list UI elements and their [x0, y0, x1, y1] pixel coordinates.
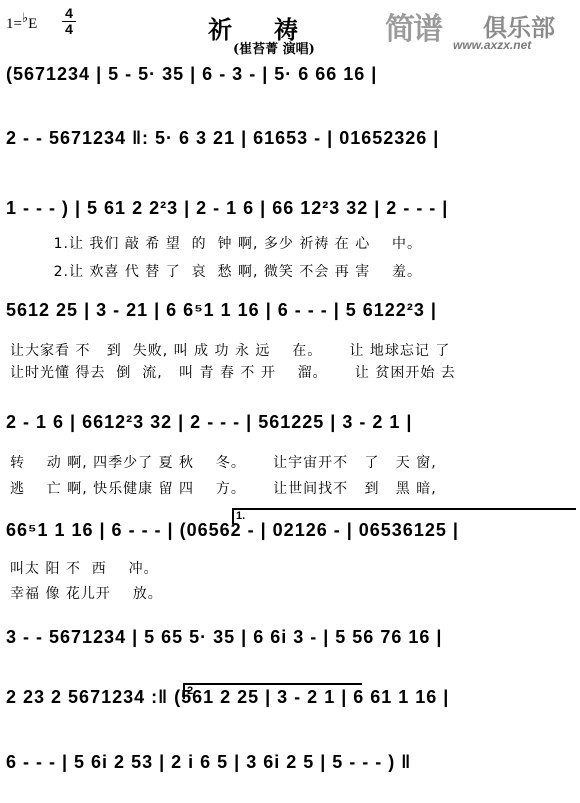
watermark-logo: 简谱 俱乐部 www.axzx.net	[385, 4, 441, 48]
score-line: 5612 25 | 3 - 21 | 6 6⁵1 1 16 | 6 - - - …	[6, 300, 576, 330]
notation: 6 - - - | 5 6i 2 53 | 2 i 6 5 | 3 6i 2 5…	[6, 752, 411, 773]
time-signature: 4 4	[62, 6, 76, 37]
key-note: E	[28, 16, 37, 32]
notation: 2 - 1 6 | 6612²3 32 | 2 - - - | 561225 |…	[6, 412, 412, 433]
watermark-big: 简谱	[385, 12, 441, 47]
score-line: 6 - - - | 5 6i 2 53 | 2 i 6 5 | 3 6i 2 5…	[6, 752, 576, 782]
lyric-line: 让时光懂 得去 倒 流, 叫 青 春 不 开 溜。 让 贫困开始 去	[10, 362, 456, 382]
notation: 2 - - 5671234 ‖: 5· 6 3 21 | 61653 - | 0…	[6, 128, 439, 149]
notation: 5612 25 | 3 - 21 | 6 6⁵1 1 16 | 6 - - - …	[6, 300, 437, 321]
notation: 3 - - 5671234 | 5 65 5· 35 | 6 6i 3 - | …	[6, 627, 442, 648]
key-signature: 1=♭E	[6, 10, 37, 33]
volta-bracket: 2.	[183, 683, 362, 699]
score-line: 3 - - 5671234 | 5 65 5· 35 | 6 6i 3 - | …	[6, 627, 576, 657]
score-line: 66⁵1 1 16 | 6 - - - | (06562 - | 02126 -…	[6, 520, 576, 550]
time-top: 4	[62, 6, 76, 21]
performer: (崔苔菁 演唱)	[233, 38, 315, 57]
lyric-line: 2.让 欢喜 代 替 了 哀 愁 啊, 微笑 不会 再 害 羞。	[10, 261, 422, 281]
key-prefix: 1=	[6, 16, 22, 32]
lyric-line: 1.让 我们 敲 希 望 的 钟 啊, 多少 祈祷 在 心 中。	[10, 233, 422, 253]
notation: 1 - - - ) | 5 61 2 2²3 | 2 - 1 6 | 66 12…	[6, 198, 448, 219]
lyric-line: 叫太 阳 不 西 冲。	[10, 558, 159, 578]
score-line: 2 - 1 6 | 6612²3 32 | 2 - - - | 561225 |…	[6, 412, 576, 442]
score-line: 1 - - - ) | 5 61 2 2²3 | 2 - 1 6 | 66 12…	[6, 198, 576, 228]
volta-bracket: 1.	[232, 508, 576, 524]
lyric-line: 幸福 像 花儿开 放。	[10, 583, 163, 603]
watermark-url: www.axzx.net	[453, 38, 531, 52]
score-line: 2 - - 5671234 ‖: 5· 6 3 21 | 61653 - | 0…	[6, 128, 576, 158]
notation: (5671234 | 5 - 5· 35 | 6 - 3 - | 5· 6 66…	[6, 64, 377, 85]
lyric-line: 逃 亡 啊, 快乐健康 留 四 方。 让世间找不 到 黑 暗,	[10, 478, 437, 498]
lyric-line: 让大家看 不 到 失败, 叫 成 功 永 远 在。 让 地球忘记 了	[10, 340, 450, 360]
time-bottom: 4	[62, 21, 76, 37]
lyric-line: 转 动 啊, 四季少了 夏 秋 冬。 让宇宙开不 了 天 窗,	[10, 452, 437, 472]
score-line: (5671234 | 5 - 5· 35 | 6 - 3 - | 5· 6 66…	[6, 64, 576, 94]
